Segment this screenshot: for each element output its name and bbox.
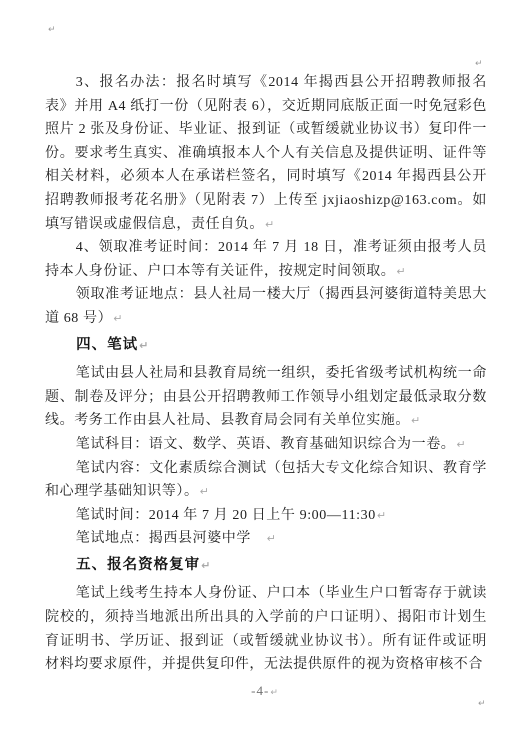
document-body: 3、报名办法：报名时填写《2014 年揭西县公开招聘教师报名表》并用 A4 纸打…	[45, 71, 487, 677]
formatting-mark-icon: ↵	[475, 60, 483, 69]
paragraph-qualification-review: 笔试上线考生持本人身份证、户口本（毕业生户口暂寄存于就读院校的，须持当地派出所出…	[45, 582, 487, 676]
page-number: -4-	[251, 683, 269, 698]
paragraph-exam-time: 笔试时间：2014 年 7 月 20 日上午 9:00—11:30↵	[45, 504, 487, 528]
paragraph-mark-icon: ↵	[455, 438, 465, 451]
paragraph-admission-ticket-place: 领取准考证地点：县人社局一楼大厅（揭西县河婆街道特美思大道 68 号）↵	[45, 283, 487, 330]
paragraph-exam-content: 笔试内容：文化素质综合测试（包括大专文化综合知识、教育学和心理学基础知识等）。↵	[45, 457, 487, 504]
page-footer: -4-↵	[0, 683, 529, 699]
paragraph-text: 4、领取准考证时间：2014 年 7 月 18 日，准考证须由报考人员持本人身份…	[45, 240, 487, 279]
footer-mark-icon: ↵	[269, 688, 278, 698]
paragraph-text: 3、报名办法：报名时填写《2014 年揭西县公开招聘教师报名表》并用 A4 纸打…	[45, 75, 487, 232]
formatting-mark-icon: ↵	[48, 26, 56, 35]
paragraph-mark-icon: ↵	[395, 265, 405, 278]
paragraph-admission-ticket-time: 4、领取准考证时间：2014 年 7 月 18 日，准考证须由报考人员持本人身份…	[45, 236, 487, 283]
section-heading-qualification-review: 五、报名资格复审↵	[45, 554, 487, 578]
paragraph-text: 笔试地点：揭西县河婆中学	[76, 531, 266, 546]
paragraph-mark-icon: ↵	[112, 312, 122, 325]
paragraph-mark-icon: ↵	[200, 559, 210, 572]
heading-text: 四、笔试	[76, 337, 138, 353]
paragraph-exam-location: 笔试地点：揭西县河婆中学 ↵	[45, 527, 487, 551]
paragraph-exam-organization: 笔试由县人社局和县教育局统一组织，委托省级考试机构统一命题、制卷及评分；由县公开…	[45, 362, 487, 433]
paragraph-text: 笔试上线考生持本人身份证、户口本（毕业生户口暂寄存于就读院校的，须持当地派出所出…	[45, 586, 487, 672]
paragraph-mark-icon: ↵	[376, 509, 386, 522]
heading-text: 五、报名资格复审	[76, 557, 200, 573]
paragraph-exam-subjects: 笔试科目：语文、数学、英语、教育基础知识综合为一卷。↵	[45, 433, 487, 457]
document-page: ↵ ↵ 3、报名办法：报名时填写《2014 年揭西县公开招聘教师报名表》并用 A…	[0, 0, 529, 744]
paragraph-text: 笔试由县人社局和县教育局统一组织，委托省级考试机构统一命题、制卷及评分；由县公开…	[45, 366, 487, 428]
section-heading-written-exam: 四、笔试↵	[45, 334, 487, 358]
paragraph-registration-method: 3、报名办法：报名时填写《2014 年揭西县公开招聘教师报名表》并用 A4 纸打…	[45, 71, 487, 236]
paragraph-mark-icon: ↵	[199, 485, 209, 498]
paragraph-text: 笔试科目：语文、数学、英语、教育基础知识综合为一卷。	[76, 437, 456, 452]
paragraph-mark-icon: ↵	[410, 414, 420, 427]
formatting-mark-icon: ↵	[478, 700, 486, 709]
paragraph-mark-icon: ↵	[138, 339, 148, 352]
paragraph-text: 笔试时间：2014 年 7 月 20 日上午 9:00—11:30	[76, 508, 376, 523]
paragraph-text: 笔试内容：文化素质综合测试（包括大专文化综合知识、教育学和心理学基础知识等）。	[45, 461, 487, 500]
paragraph-mark-icon: ↵	[266, 532, 276, 545]
paragraph-mark-icon: ↵	[264, 218, 274, 231]
